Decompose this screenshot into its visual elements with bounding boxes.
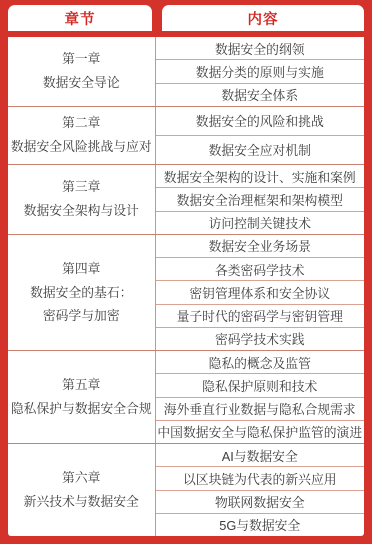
chapter-title-line: 数据安全风险挑战与应对	[11, 136, 152, 158]
chapter-row: 第五章隐私保护与数据安全合规隐私的概念及监管隐私保护原则和技术海外垂直行业数据与…	[8, 351, 364, 444]
chapter-row: 第三章数据安全架构与设计数据安全架构的设计、实施和案例数据安全治理框架和架构模型…	[8, 165, 364, 235]
chapter-title-line: 数据安全导论	[43, 72, 120, 94]
table-header-row: 章节 内容	[8, 5, 364, 31]
chapter-title-line: 第四章	[62, 258, 100, 280]
content-cell: 量子时代的密码学与密钥管理	[156, 305, 365, 328]
content-cell: 数据安全的风险和挑战	[156, 107, 365, 136]
chapter-row: 第六章新兴技术与数据安全AI与数据安全以区块链为代表的新兴应用物联网数据安全5G…	[8, 444, 364, 536]
content-items-column: 数据安全的纲领数据分类的原则与实施数据安全体系	[156, 37, 365, 106]
chapter-title-line: 密码学与加密	[43, 305, 120, 327]
content-cell: 5G与数据安全	[156, 514, 365, 536]
content-cell: 数据安全业务场景	[156, 235, 365, 258]
content-items-column: 数据安全业务场景各类密码学技术密钥管理体系和安全协议量子时代的密码学与密钥管理密…	[156, 235, 365, 350]
chapter-row: 第二章数据安全风险挑战与应对数据安全的风险和挑战数据安全应对机制	[8, 107, 364, 165]
content-cell: 数据安全架构的设计、实施和案例	[156, 165, 365, 188]
table-body: 第一章数据安全导论数据安全的纲领数据分类的原则与实施数据安全体系第二章数据安全风…	[8, 37, 364, 536]
content-cell: 中国数据安全与隐私保护监管的演进	[156, 421, 365, 443]
content-cell: AI与数据安全	[156, 444, 365, 467]
column-header-content: 内容	[162, 5, 364, 31]
content-cell: 访问控制关键技术	[156, 212, 365, 234]
content-cell: 隐私保护原则和技术	[156, 374, 365, 397]
chapter-title-cell: 第四章数据安全的基石：密码学与加密	[8, 235, 156, 350]
chapter-title-line: 第二章	[62, 112, 100, 134]
chapter-title-cell: 第六章新兴技术与数据安全	[8, 444, 156, 536]
content-cell: 以区块链为代表的新兴应用	[156, 467, 365, 490]
chapter-title-line: 隐私保护与数据安全合规	[11, 398, 152, 420]
chapter-title-line: 数据安全的基石：	[30, 282, 132, 304]
content-items-column: AI与数据安全以区块链为代表的新兴应用物联网数据安全5G与数据安全	[156, 444, 365, 536]
content-cell: 海外垂直行业数据与隐私合规需求	[156, 398, 365, 421]
column-header-chapter: 章节	[8, 5, 152, 31]
chapter-title-cell: 第五章隐私保护与数据安全合规	[8, 351, 156, 443]
content-cell: 密钥管理体系和安全协议	[156, 281, 365, 304]
content-cell: 各类密码学技术	[156, 258, 365, 281]
chapter-title-cell: 第二章数据安全风险挑战与应对	[8, 107, 156, 164]
toc-table: 章节 内容 第一章数据安全导论数据安全的纲领数据分类的原则与实施数据安全体系第二…	[0, 0, 372, 544]
chapter-title-cell: 第三章数据安全架构与设计	[8, 165, 156, 234]
content-items-column: 数据安全的风险和挑战数据安全应对机制	[156, 107, 365, 164]
chapter-title-cell: 第一章数据安全导论	[8, 37, 156, 106]
chapter-row: 第四章数据安全的基石：密码学与加密数据安全业务场景各类密码学技术密钥管理体系和安…	[8, 235, 364, 351]
content-items-column: 隐私的概念及监管隐私保护原则和技术海外垂直行业数据与隐私合规需求中国数据安全与隐…	[156, 351, 365, 443]
chapter-title-line: 第五章	[62, 374, 100, 396]
content-cell: 数据分类的原则与实施	[156, 60, 365, 83]
content-cell: 数据安全治理框架和架构模型	[156, 188, 365, 211]
chapter-title-line: 第一章	[62, 48, 100, 70]
chapter-row: 第一章数据安全导论数据安全的纲领数据分类的原则与实施数据安全体系	[8, 37, 364, 107]
content-cell: 数据安全的纲领	[156, 37, 365, 60]
content-cell: 数据安全应对机制	[156, 136, 365, 164]
chapter-title-line: 数据安全架构与设计	[24, 200, 139, 222]
chapter-title-line: 第六章	[62, 467, 100, 489]
chapter-title-line: 新兴技术与数据安全	[24, 491, 139, 513]
content-cell: 物联网数据安全	[156, 491, 365, 514]
content-items-column: 数据安全架构的设计、实施和案例数据安全治理框架和架构模型访问控制关键技术	[156, 165, 365, 234]
content-cell: 隐私的概念及监管	[156, 351, 365, 374]
content-cell: 密码学技术实践	[156, 328, 365, 350]
chapter-title-line: 第三章	[62, 176, 100, 198]
content-cell: 数据安全体系	[156, 84, 365, 106]
